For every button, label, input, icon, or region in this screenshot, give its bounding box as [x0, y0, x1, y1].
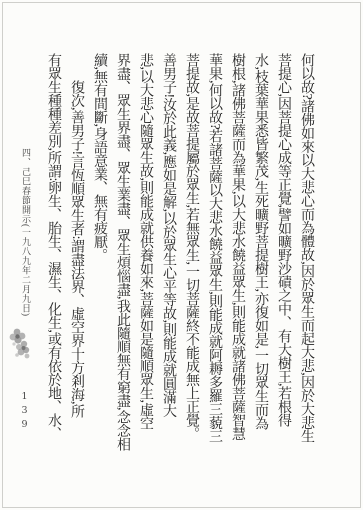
- page-number: 139: [19, 391, 30, 433]
- text-column: 悲,以大悲心隨眾生故,則能成就供養如來,菩薩如是隨順眾生,虛空: [134, 53, 157, 490]
- flower-ornament-icon: [5, 326, 33, 372]
- text-column: 菩提故,是故菩提屬於眾生,若無眾生,一切菩薩終不能成無上正覺。: [180, 53, 203, 490]
- text-column-paragraph-start: 復次,善男子!言恆順眾生者:謂盡法界、虛空界十方剎海,所: [65, 53, 88, 490]
- text-column: 菩提心,因菩提心成等正覺,譬如曠野沙磧之中、有大樹王,若根得: [272, 53, 295, 490]
- text-column: 界盡、眾生界盡、眾生業盡、眾生煩惱盡,我此隨順無有窮盡,念念相: [111, 53, 134, 490]
- text-column: 善男子!汝於此義,應如是解,以於眾生心平等故,則能成就圓滿大: [157, 53, 180, 490]
- text-column: 有眾生種種差別,所謂:卵生、胎生、濕生、化生,或有依於地、水、: [42, 53, 65, 490]
- text-column: 續,無有間斷,身語意業、無有疲厭。: [88, 53, 111, 490]
- text-column: 水,枝葉華果悉皆繁茂,生死曠野菩提樹王,亦復如是,一切眾生而為: [249, 53, 272, 490]
- text-column: 華果,何以故?若諸菩薩以大悲水饒益眾生,則能成就阿耨多羅三藐三: [203, 53, 226, 490]
- text-column: 何以故?諸佛如來以大悲心而為體故,因於眾生而起大悲,因於大悲生: [295, 53, 318, 490]
- text-column: 樹根,諸佛菩薩而為華果,以大悲水饒益眾生,則能成就諸佛菩薩智慧: [226, 53, 249, 490]
- running-header: 四、己巳春節開示(一九八九年二月九日): [20, 148, 32, 340]
- sutra-text-block: 何以故?諸佛如來以大悲心而為體故,因於眾生而起大悲,因於大悲生 菩提心,因菩提心…: [42, 53, 318, 490]
- book-page: 何以故?諸佛如來以大悲心而為體故,因於眾生而起大悲,因於大悲生 菩提心,因菩提心…: [0, 0, 363, 510]
